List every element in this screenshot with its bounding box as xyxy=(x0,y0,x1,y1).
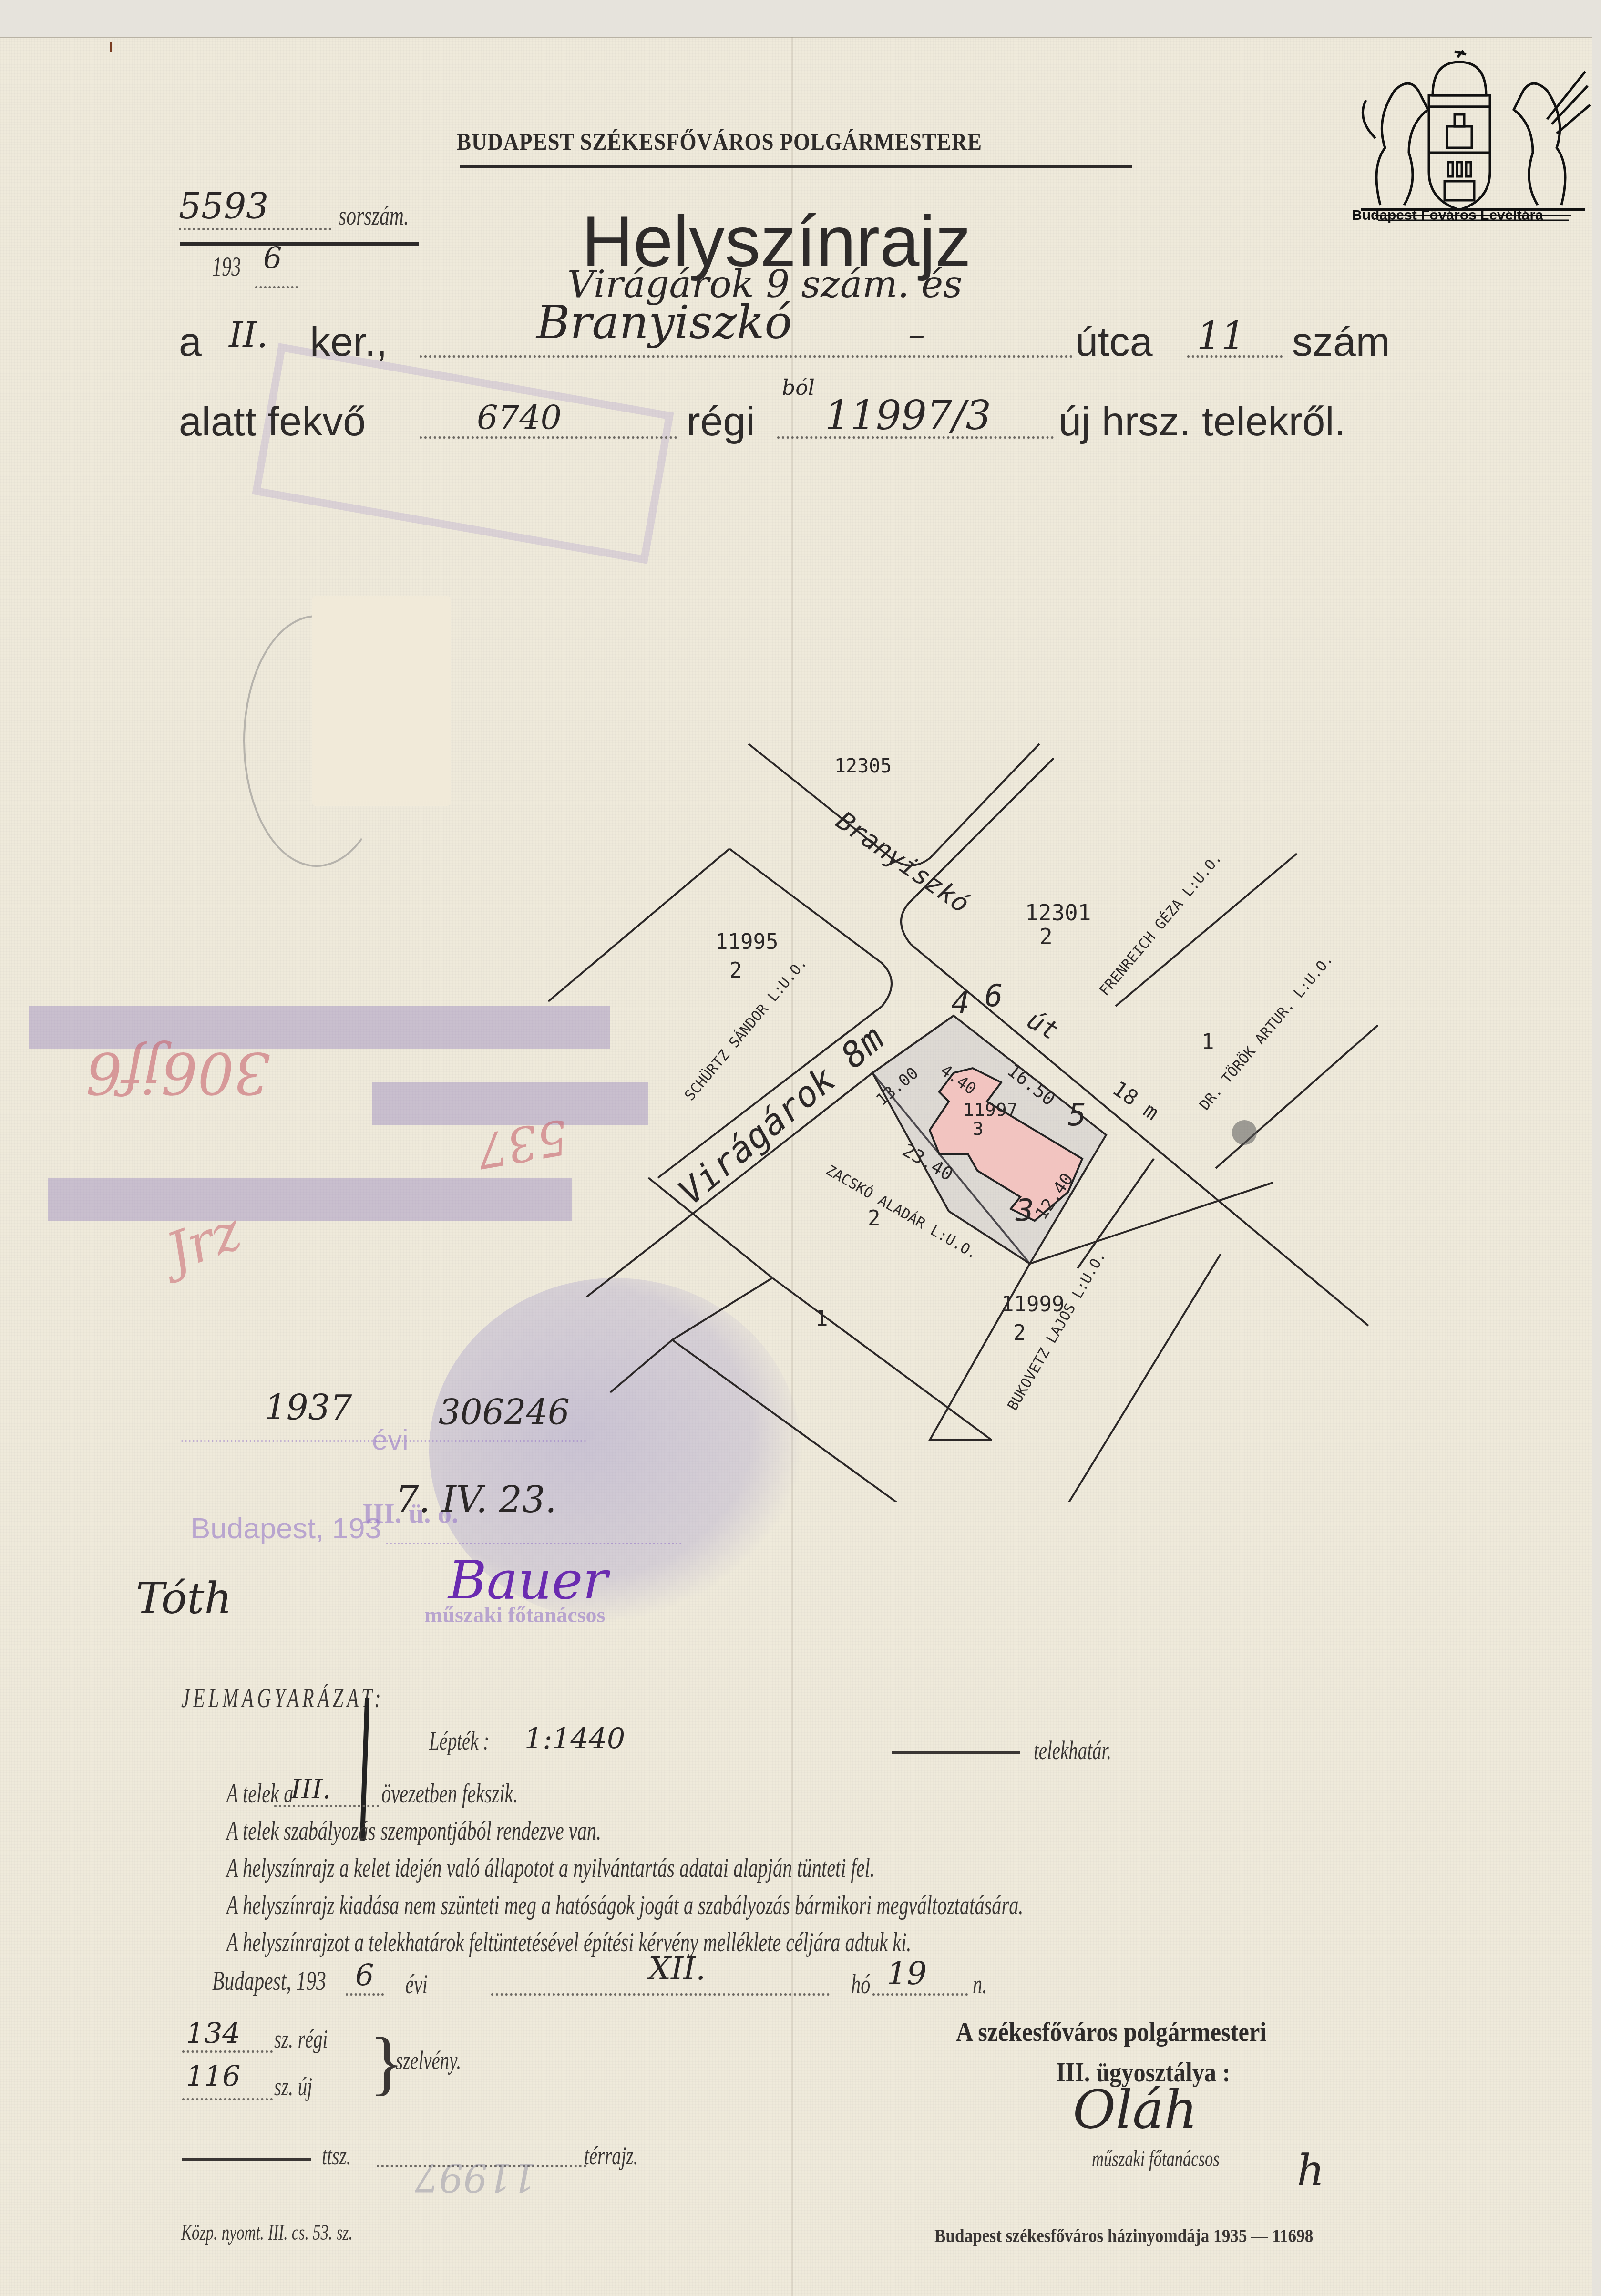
registration-number: 306246 xyxy=(439,1392,570,1432)
issue-month-label: hó xyxy=(851,1969,870,2000)
ttsz-label: ttsz. xyxy=(322,2141,351,2171)
office-name-line-1: A székesfőváros polgármesteri xyxy=(956,2017,1266,2048)
removed-revenue-stamp-area xyxy=(312,596,451,806)
issue-day-dotted-line xyxy=(872,1993,968,1996)
registration-year: 1937 xyxy=(265,1388,352,1428)
new-lot-label: új hrsz. telekről. xyxy=(1058,398,1345,445)
located-label: alatt fekvő xyxy=(179,398,366,445)
registration-signer-title: műszaki főtanácsos xyxy=(424,1602,606,1627)
issue-year-dotted-line xyxy=(346,1993,384,1996)
form-code: Közp. nyomt. III. cs. 53. sz. xyxy=(181,2220,353,2245)
pencil-note: 11997 xyxy=(415,2155,536,2200)
legend-line: A helyszínrajz kiadása nem szünteti meg … xyxy=(226,1890,1023,1921)
svg-text:2: 2 xyxy=(868,1206,881,1231)
serial-dotted-line xyxy=(179,228,331,230)
sheet-old-dotted-line xyxy=(182,2050,273,2053)
registration-city: Budapest, 193 xyxy=(191,1512,381,1545)
serial-number: 5593 xyxy=(179,186,268,227)
address-prefix: a xyxy=(179,319,202,366)
scale-value: 1:1440 xyxy=(524,1722,625,1756)
svg-text:4: 4 xyxy=(951,986,970,1021)
street-label: Branyiszkó xyxy=(831,805,975,919)
registration-date: 7. IV. 23. xyxy=(396,1478,556,1521)
legend-line: A telek szabályozás szempontjából rendez… xyxy=(226,1816,601,1846)
street-value: Branyiszkó xyxy=(536,296,792,349)
site-map: 12305 Branyiszkó 12301 2 FRENREICH GÉZA … xyxy=(548,739,1406,1502)
ttsz-line-sample xyxy=(182,2158,311,2161)
house-number-dotted-line xyxy=(1187,355,1283,358)
house-number-value: 11 xyxy=(1197,314,1245,358)
legend-zone-dotted-line xyxy=(274,1805,379,1807)
issue-month: XII. xyxy=(648,1950,706,1987)
old-lot-dotted-line xyxy=(420,436,677,439)
serial-rule xyxy=(180,242,419,246)
new-lot-dotted-line xyxy=(777,436,1054,439)
parcel-label: 12305 xyxy=(834,755,892,777)
terrajz-label: térrajz. xyxy=(584,2141,638,2171)
sheet-old-value: 134 xyxy=(186,2017,241,2050)
sheet-new-dotted-line xyxy=(182,2098,273,2100)
red-annotation: 306jf6 xyxy=(86,1040,270,1106)
budapest-coat-of-arms-icon xyxy=(1347,43,1595,224)
svg-text:5: 5 xyxy=(1068,1098,1087,1133)
year-prefix: 193 xyxy=(212,252,241,282)
printer-imprint: Budapest székesfőváros házinyomdája 1935… xyxy=(934,2224,1313,2247)
issue-day: 19 xyxy=(887,1955,927,1992)
svg-text:2: 2 xyxy=(729,958,742,983)
svg-text:FRENREICH GÉZA L:U.O.: FRENREICH GÉZA L:U.O. xyxy=(1096,849,1225,999)
scale-label: Lépték : xyxy=(429,1726,489,1756)
legend-line: A helyszínrajz a kelet idején való állap… xyxy=(226,1853,875,1884)
svg-text:2: 2 xyxy=(1039,924,1053,949)
header-rule xyxy=(460,165,1132,168)
svg-text:12301: 12301 xyxy=(1025,900,1091,926)
issue-year-label: évi xyxy=(405,1969,428,2000)
issuer-heading: BUDAPEST SZÉKESFŐVÁROS POLGÁRMESTERE xyxy=(457,128,982,155)
office-signer-title: műszaki főtanácsos xyxy=(1092,2146,1220,2172)
issue-year: 6 xyxy=(355,1957,374,1992)
boundary-label: telekhatár. xyxy=(1034,1736,1111,1765)
violet-stamp-line-3 xyxy=(48,1178,572,1221)
toth-signature: Tóth xyxy=(136,1574,232,1624)
svg-text:18 m: 18 m xyxy=(1108,1076,1163,1125)
legend-title: JELMAGYARÁZAT: xyxy=(181,1683,384,1714)
legend-zone-suffix: övezetben fekszik. xyxy=(381,1779,518,1809)
svg-text:1: 1 xyxy=(1201,1030,1214,1054)
registration-date-dotted-line xyxy=(386,1543,682,1544)
new-lot-value: 11997/3 xyxy=(825,392,991,439)
svg-text:11997: 11997 xyxy=(963,1099,1017,1120)
sheet-new-label: sz. új xyxy=(274,2072,312,2101)
ink-tick-mark xyxy=(110,42,112,52)
svg-text:11995: 11995 xyxy=(715,930,778,954)
street-dotted-line xyxy=(420,355,1073,358)
legend-line: A helyszínrajzot a telekhatárok feltünte… xyxy=(226,1927,911,1958)
serial-label: sorszám. xyxy=(339,199,409,231)
year-dotted-line xyxy=(255,286,298,288)
svg-text:6: 6 xyxy=(985,978,1003,1014)
svg-text:11999: 11999 xyxy=(1001,1292,1064,1317)
year-suffix: 6 xyxy=(263,240,282,275)
street-dash: – xyxy=(908,315,925,354)
office-signature: Oláh xyxy=(1073,2079,1198,2140)
legend-zone-value: III. xyxy=(291,1774,331,1805)
sheet-group-label: szelvény. xyxy=(396,2046,461,2075)
svg-text:1: 1 xyxy=(815,1307,828,1331)
old-lot-label: régi xyxy=(687,398,755,445)
svg-text:2: 2 xyxy=(1013,1321,1026,1345)
street-type-label: útca xyxy=(1075,319,1153,366)
office-initial: h xyxy=(1297,2146,1324,2196)
archive-name: Budapest Főváros Levéltára xyxy=(1352,207,1543,224)
house-number-label: szám xyxy=(1292,319,1390,366)
registration-signature: Bauer xyxy=(448,1550,608,1611)
sheet-old-label: sz. régi xyxy=(274,2024,328,2054)
registration-year-label: évi xyxy=(372,1423,409,1456)
district-value: II. xyxy=(229,315,268,356)
old-lot-superscript: ból xyxy=(782,376,815,400)
svg-text:3: 3 xyxy=(973,1118,984,1139)
svg-text:út: út xyxy=(1022,1005,1064,1046)
boundary-line-sample xyxy=(892,1751,1020,1754)
sheet-new-value: 116 xyxy=(186,2060,241,2093)
svg-text:3: 3 xyxy=(1015,1193,1034,1228)
district-label: ker., xyxy=(310,319,388,366)
svg-text:DR. TÖRÖK ARTUR. L:U.O.: DR. TÖRÖK ARTUR. L:U.O. xyxy=(1196,951,1337,1113)
issue-month-dotted-line xyxy=(491,1993,830,1996)
old-lot-value: 6740 xyxy=(477,398,562,437)
issue-city: Budapest, 193 xyxy=(212,1965,326,1997)
issue-day-label: n. xyxy=(973,1969,987,2000)
